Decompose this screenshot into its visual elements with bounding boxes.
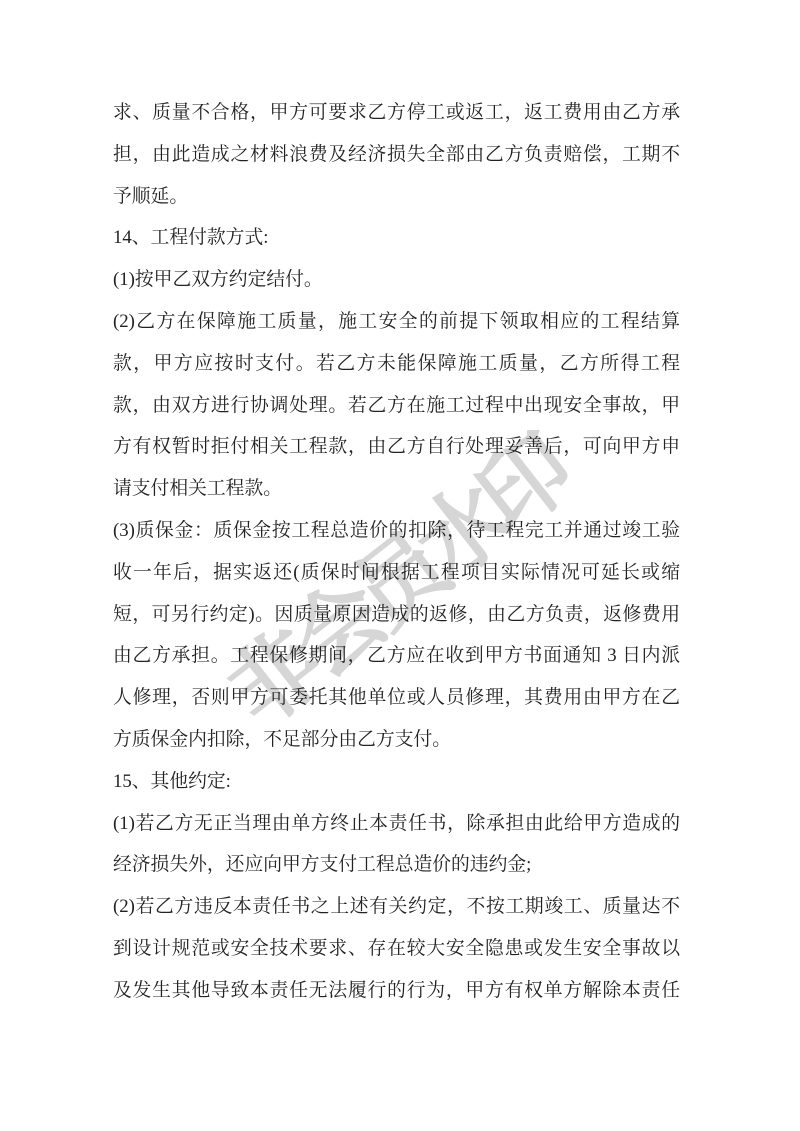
text-line: (3)质保金：质保金按工程总造价的扣除，待工程完工并通过竣工验 [113,510,680,552]
clause-13-continuation: 求、质量不合格，甲方可要求乙方停工或返工，返工费用由乙方承 担，由此造成之材料浪… [113,92,680,217]
text-line: 短，可另行约定)。因质量原因造成的返修，由乙方负责，返修费用 [113,594,680,636]
text-line: (1)若乙方无正当理由单方终止本责任书，除承担由此给甲方造成的 [113,803,680,845]
text-line: 方有权暂时拒付相关工程款，由乙方自行处理妥善后，可向甲方申 [113,426,680,468]
text-line: 担，由此造成之材料浪费及经济损失全部由乙方负责赔偿，工期不 [113,134,680,176]
text-line: 人修理，否则甲方可委托其他单位或人员修理，其费用由甲方在乙 [113,677,680,719]
text-line: 款，甲方应按时支付。若乙方未能保障施工质量，乙方所得工程 [113,343,680,385]
text-line: 款，由双方进行协调处理。若乙方在施工过程中出现安全事故，甲 [113,385,680,427]
heading-line: 14、工程付款方式: [113,217,680,259]
clause-15-heading: 15、其他约定: [113,761,680,803]
clause-14-heading: 14、工程付款方式: [113,217,680,259]
text-line: 予顺延。 [113,176,680,218]
text-line: 由乙方承担。工程保修期间，乙方应在收到甲方书面通知 3 日内派 [113,635,680,677]
clause-15-item-2: (2)若乙方违反本责任书之上述有关约定，不按工期竣工、质量达不 到设计规范或安全… [113,886,680,1011]
clause-14-item-1: (1)按甲乙双方约定结付。 [113,259,680,301]
contract-body: 求、质量不合格，甲方可要求乙方停工或返工，返工费用由乙方承 担，由此造成之材料浪… [113,92,680,1012]
text-line: 及发生其他导致本责任无法履行的行为，甲方有权单方解除本责任 [113,970,680,1012]
text-line: 求、质量不合格，甲方可要求乙方停工或返工，返工费用由乙方承 [113,92,680,134]
document-page: 非会员水印 求、质量不合格，甲方可要求乙方停工或返工，返工费用由乙方承 担，由此… [0,0,800,1131]
text-line: (1)按甲乙双方约定结付。 [113,259,680,301]
text-line: 到设计规范或安全技术要求、存在较大安全隐患或发生安全事故以 [113,928,680,970]
text-line: 收一年后，据实返还(质保时间根据工程项目实际情况可延长或缩 [113,552,680,594]
text-line: 经济损失外，还应向甲方支付工程总造价的违约金; [113,844,680,886]
text-line: 请支付相关工程款。 [113,468,680,510]
text-line: (2)若乙方违反本责任书之上述有关约定，不按工期竣工、质量达不 [113,886,680,928]
text-line: (2)乙方在保障施工质量，施工安全的前提下领取相应的工程结算 [113,301,680,343]
clause-14-item-3: (3)质保金：质保金按工程总造价的扣除，待工程完工并通过竣工验 收一年后，据实返… [113,510,680,761]
clause-14-item-2: (2)乙方在保障施工质量，施工安全的前提下领取相应的工程结算 款，甲方应按时支付… [113,301,680,510]
text-line: 方质保金内扣除，不足部分由乙方支付。 [113,719,680,761]
clause-15-item-1: (1)若乙方无正当理由单方终止本责任书，除承担由此给甲方造成的 经济损失外，还应… [113,803,680,887]
heading-line: 15、其他约定: [113,761,680,803]
